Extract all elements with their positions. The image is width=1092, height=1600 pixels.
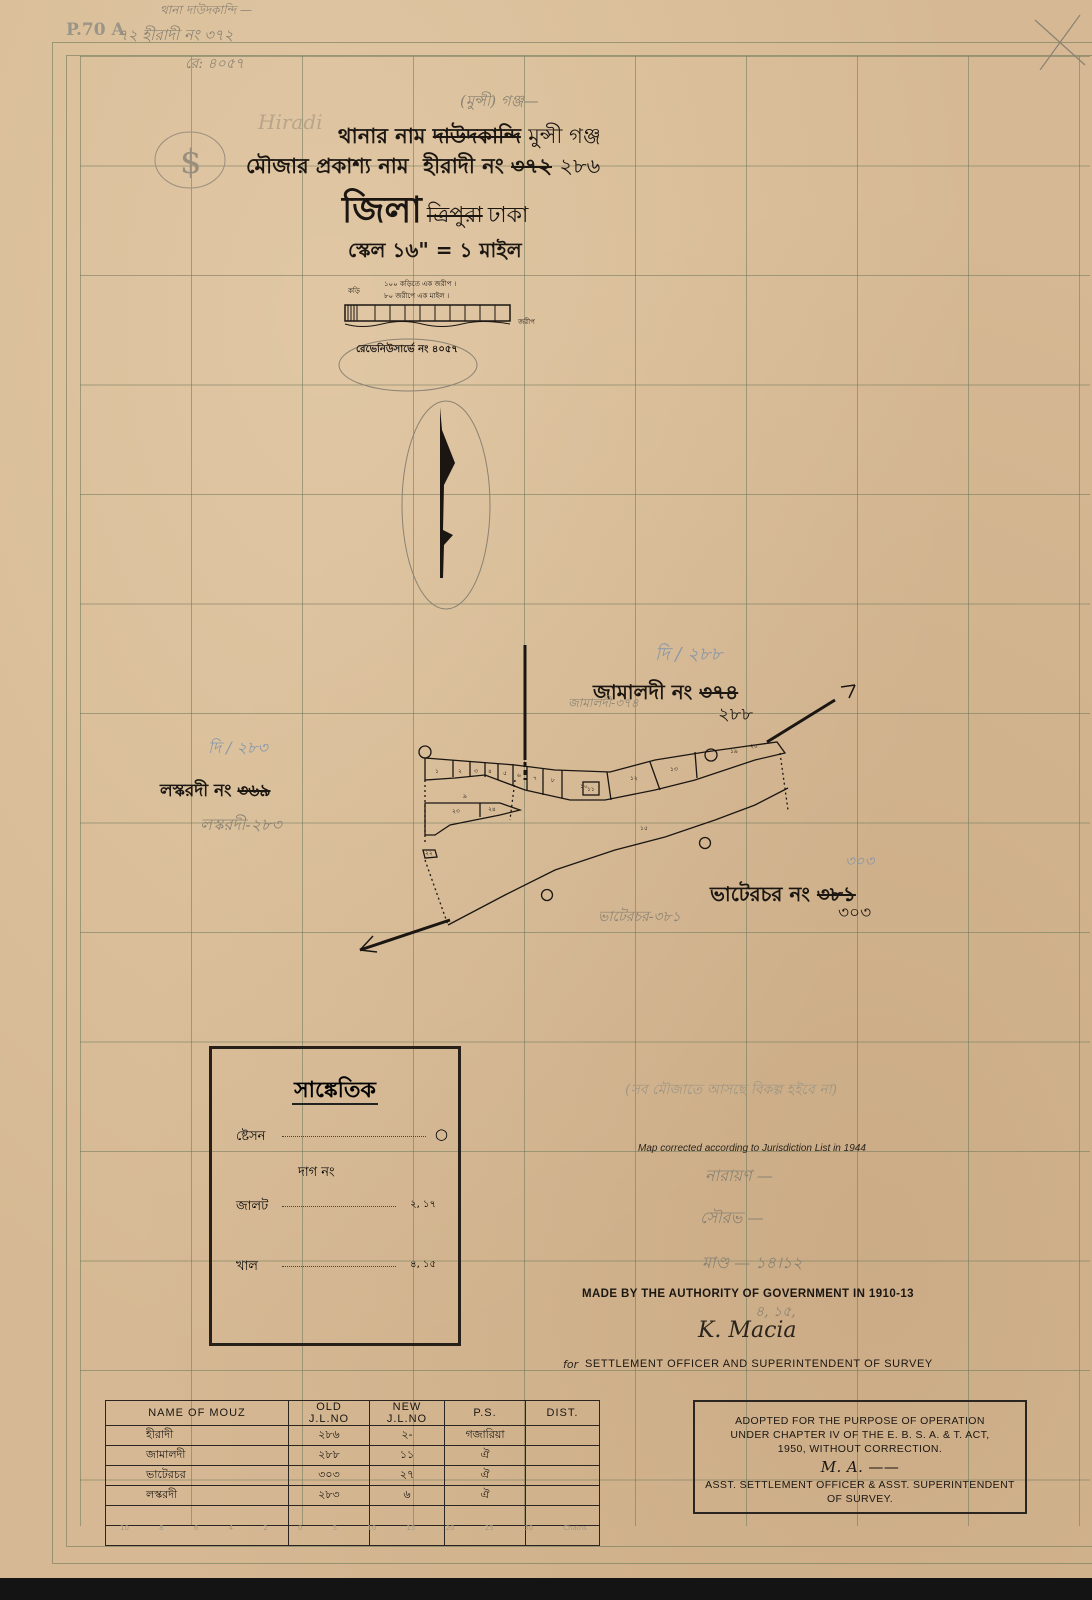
dollar-circle-mark: $ xyxy=(150,125,230,195)
scale-bar xyxy=(342,302,542,332)
mouza-no-old: ৩৭২ xyxy=(511,154,552,178)
north-arrow-icon xyxy=(398,395,498,615)
legend-row-station: ষ্টেসন○ xyxy=(236,1127,448,1148)
laskardi-pencil-below: লস্করদী-২৮৩ xyxy=(200,812,282,839)
table-row: ভাটেরচর৩০৩২৭ঐ xyxy=(106,1466,600,1486)
mouza-no-new: ২৮৬ xyxy=(559,154,600,178)
district-line: জিলা ত্রিপুরা ঢাকা xyxy=(342,183,528,243)
legend-row-khal: খাল৪, ১৫ xyxy=(236,1257,448,1278)
thana-old: দাউদকান্দি xyxy=(433,124,521,148)
neighbour-laskardi: লস্করদী নং ৩৬৯ xyxy=(160,778,271,806)
jamaldi-pencil-below: জামালদী-৩৭৪ xyxy=(568,695,638,715)
jamaldi-new-no: ২৮৮ xyxy=(718,700,753,731)
svg-text:১৩: ১৩ xyxy=(670,766,678,773)
revenue-survey-no: রেভেনিউসার্ভে নং ৪০৫৭ xyxy=(356,342,458,359)
pencil-hiradi: Hiradi xyxy=(258,110,323,134)
svg-text:৬: ৬ xyxy=(517,772,521,779)
jamaldi-pencil-above: দি / ২৮৮ xyxy=(655,640,722,671)
svg-text:২২: ২২ xyxy=(425,850,433,857)
bhaterchar-new-no: ৩০৩ xyxy=(838,900,871,928)
scale-right-label: জরীপ xyxy=(518,316,535,328)
officer-signature: K. Macia xyxy=(698,1318,797,1343)
for-prefix: for xyxy=(563,1358,578,1371)
pencil-signature-2: সৌরভ — xyxy=(700,1205,763,1232)
legend-box: সাঙ্কেতিক ষ্টেসন○ দাগ নং জালট২, ১৭ খাল৪,… xyxy=(209,1046,461,1346)
district-label: জিলা xyxy=(342,190,422,231)
table-row: লস্করদী২৮৩৬ঐ xyxy=(106,1486,600,1506)
mouza-label: মৌজার প্রকাশ্য নাম xyxy=(246,154,409,178)
legend-title: সাঙ্কেতিক xyxy=(212,1073,458,1110)
svg-text:১২: ১২ xyxy=(630,775,638,782)
neighbour-bhaterchar: ভাটেরচর নং ৩৮১ xyxy=(710,880,856,913)
svg-text:২০: ২০ xyxy=(750,743,758,750)
svg-text:$: $ xyxy=(180,142,202,182)
thana-label: থানার নাম xyxy=(338,124,425,148)
svg-text:১৯: ১৯ xyxy=(730,748,738,755)
legend-row-jalat: জালট২, ১৭ xyxy=(236,1197,448,1218)
legend-row-plot-no: দাগ নং xyxy=(298,1163,448,1184)
svg-text:১৫: ১৫ xyxy=(640,825,648,832)
svg-text:১: ১ xyxy=(435,768,439,775)
scale-left-label: কড়ি xyxy=(348,285,360,297)
mouza-name: হীরাদী নং xyxy=(423,154,504,178)
adoption-box: ADOPTED FOR THE PURPOSE OF OPERATION UND… xyxy=(693,1400,1027,1514)
handwritten-note-1: থানা দাউদকান্দি — xyxy=(160,2,252,22)
svg-text:৭: ৭ xyxy=(533,775,537,782)
table-row xyxy=(106,1506,600,1526)
table-row: হীরাদী২৮৬২-গজারিয়া xyxy=(106,1426,600,1446)
table-row: জামালদী২৮৮১১ঐ xyxy=(106,1446,600,1466)
asst-officer-signature: M. A. —— xyxy=(695,1456,1025,1478)
pencil-top-note: (মুন্সী) গঞ্জ— xyxy=(460,90,539,115)
handwritten-note-2: ৭২ হীরাদী নং ৩৭২ xyxy=(118,24,233,49)
svg-text:৮: ৮ xyxy=(551,777,555,784)
pencil-middle-note: (সব মৌজাতে আসছে বিকল্প হইবে না) xyxy=(625,1078,837,1102)
svg-text:১১: ১১ xyxy=(587,786,595,793)
stamp-code: P.70 A xyxy=(66,20,125,40)
svg-text:২৪: ২৪ xyxy=(488,806,496,813)
svg-text:২: ২ xyxy=(458,768,462,775)
district-old: ত্রিপুরা xyxy=(427,203,483,228)
made-by-authority: MADE BY THE AUTHORITY OF GOVERNMENT IN 1… xyxy=(582,1288,914,1300)
svg-text:৫: ৫ xyxy=(503,770,507,777)
laskardi-pencil-above: দি / ২৮৩ xyxy=(208,735,268,762)
corner-cross-mark xyxy=(1030,10,1090,70)
scale-line-1: ১০০ কড়িতে এক জরীপ । xyxy=(384,278,456,290)
scale-line-2: ৮০ জরীপে এক মাইল । xyxy=(384,290,449,302)
correction-note: Map corrected according to Jurisdiction … xyxy=(638,1143,866,1154)
svg-text:২৩: ২৩ xyxy=(452,808,460,815)
officer-title: SETTLEMENT OFFICER AND SUPERINTENDENT OF… xyxy=(585,1358,933,1370)
svg-text:৩: ৩ xyxy=(474,768,478,775)
bhaterchar-pencil-below: ভাটেরচর-৩৮১ xyxy=(598,905,681,929)
scale-text: স্কেল ১৬" = ১ মাইল xyxy=(348,236,522,269)
bottom-chain-scale: 10 8 6 4 2 0 5 10 15 20 25 30 Chains xyxy=(120,1524,587,1532)
mouza-line: মৌজার প্রকাশ্য নাম হীরাদী নং ৩৭২ ২৮৬ xyxy=(246,150,600,185)
thana-new: মুন্সী গঞ্জ xyxy=(528,124,601,148)
handwritten-note-3: রে: ৪০৫৭ xyxy=(185,52,244,76)
svg-text:৪: ৪ xyxy=(488,768,492,775)
bhaterchar-pencil-above: ৩০৩ xyxy=(845,850,874,875)
pencil-signature-1: নারায়ণ — xyxy=(705,1163,773,1190)
district-new: ঢাকা xyxy=(488,203,529,228)
svg-text:৯: ৯ xyxy=(463,793,467,800)
map-sheet: P.70 A থানা দাউদকান্দি — ৭২ হীরাদী নং ৩৭… xyxy=(0,0,1092,1578)
table-header-row: NAME OF MOUZ OLD J.L.NO NEW J.L.NO P.S. … xyxy=(106,1401,600,1426)
pencil-signature-3: মাণ্ড — ১৪।১২ xyxy=(702,1250,803,1277)
